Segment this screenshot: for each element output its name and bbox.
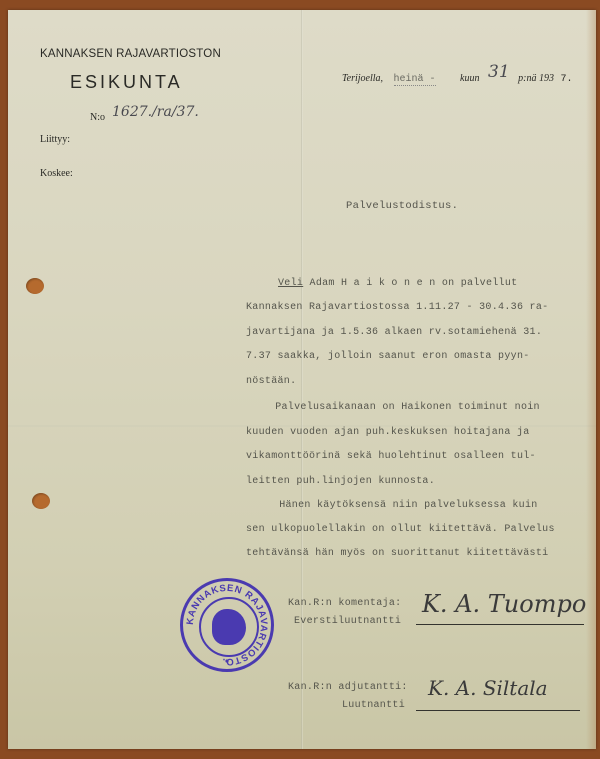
dateline-month-suffix: kuun bbox=[460, 73, 479, 84]
letterhead-organization: KANNAKSEN RAJAVARTIOSTON bbox=[40, 48, 221, 60]
signature2-line bbox=[416, 710, 580, 711]
signature1-handwriting: K. A. Tuompo bbox=[422, 590, 586, 618]
paragraph3-line3: tehtävänsä hän myös on suorittanut kiite… bbox=[246, 548, 548, 559]
dateline-month: heinä - bbox=[394, 74, 436, 86]
paragraph2-line3: vikamonttöörinä sekä huolehtinut osallee… bbox=[246, 451, 536, 462]
signature2-role: Kan.R:n adjutantti: bbox=[288, 682, 408, 693]
document-title: Palvelustodistus. bbox=[346, 200, 458, 212]
dateline-place: Terijoella, bbox=[342, 73, 383, 84]
signature2-rank: Luutnantti bbox=[342, 700, 405, 711]
stamp-inner-ring bbox=[199, 597, 259, 657]
attached-label: Liittyy: bbox=[40, 134, 70, 145]
paragraph2-line4: leitten puh.linjojen kunnosta. bbox=[246, 476, 435, 487]
punch-hole-icon bbox=[26, 278, 44, 294]
document-number: 1627./ra/37. bbox=[112, 104, 199, 120]
official-stamp: KANNAKSEN RAJAVARTIOSTO. bbox=[180, 578, 274, 672]
paragraph1-line5: nöstään. bbox=[246, 376, 296, 387]
signature1-line bbox=[416, 624, 584, 625]
salutation: Veli bbox=[278, 278, 303, 289]
paragraph3-line1: Hänen käytöksensä niin palveluksessa kui… bbox=[254, 500, 538, 511]
paper-fold-vertical bbox=[301, 10, 303, 749]
dateline: Terijoella, heinä - kuun 31 p:nä 193 7. bbox=[342, 66, 573, 86]
stamp-emblem-icon bbox=[212, 609, 246, 645]
number-label: N:o bbox=[90, 112, 105, 123]
dateline-year: 7. bbox=[560, 74, 572, 85]
paragraph1-line4: 7.37 saakka, jolloin saanut eron omasta … bbox=[246, 351, 530, 362]
paragraph1-line1: Veli Adam H a i k o n e n on palvellut bbox=[278, 278, 517, 289]
dateline-day: 31 bbox=[488, 62, 510, 82]
punch-hole-icon bbox=[32, 493, 50, 509]
letterhead-unit: ESIKUNTA bbox=[70, 72, 183, 93]
signature2-handwriting: K. A. Siltala bbox=[428, 676, 548, 700]
paragraph1-line2: Kannaksen Rajavartiostossa 1.11.27 - 30.… bbox=[246, 302, 548, 313]
paragraph2-line2: kuuden vuoden ajan puh.keskuksen hoitaja… bbox=[246, 427, 530, 438]
paragraph2-line1: Palvelusaikanaan on Haikonen toiminut no… bbox=[250, 402, 540, 413]
signature1-role: Kan.R:n komentaja: bbox=[288, 598, 401, 609]
paragraph1-line3: javartijana ja 1.5.36 alkaen rv.sotamieh… bbox=[246, 327, 542, 338]
paragraph3-line2: sen ulkopuolellakin on ollut kiitettävä.… bbox=[246, 524, 555, 535]
document-paper: KANNAKSEN RAJAVARTIOSTON ESIKUNTA N:o 16… bbox=[8, 10, 596, 749]
concerns-label: Koskee: bbox=[40, 168, 73, 179]
dateline-day-suffix: p:nä 193 bbox=[518, 73, 554, 84]
signature1-rank: Everstiluutnantti bbox=[294, 616, 401, 627]
